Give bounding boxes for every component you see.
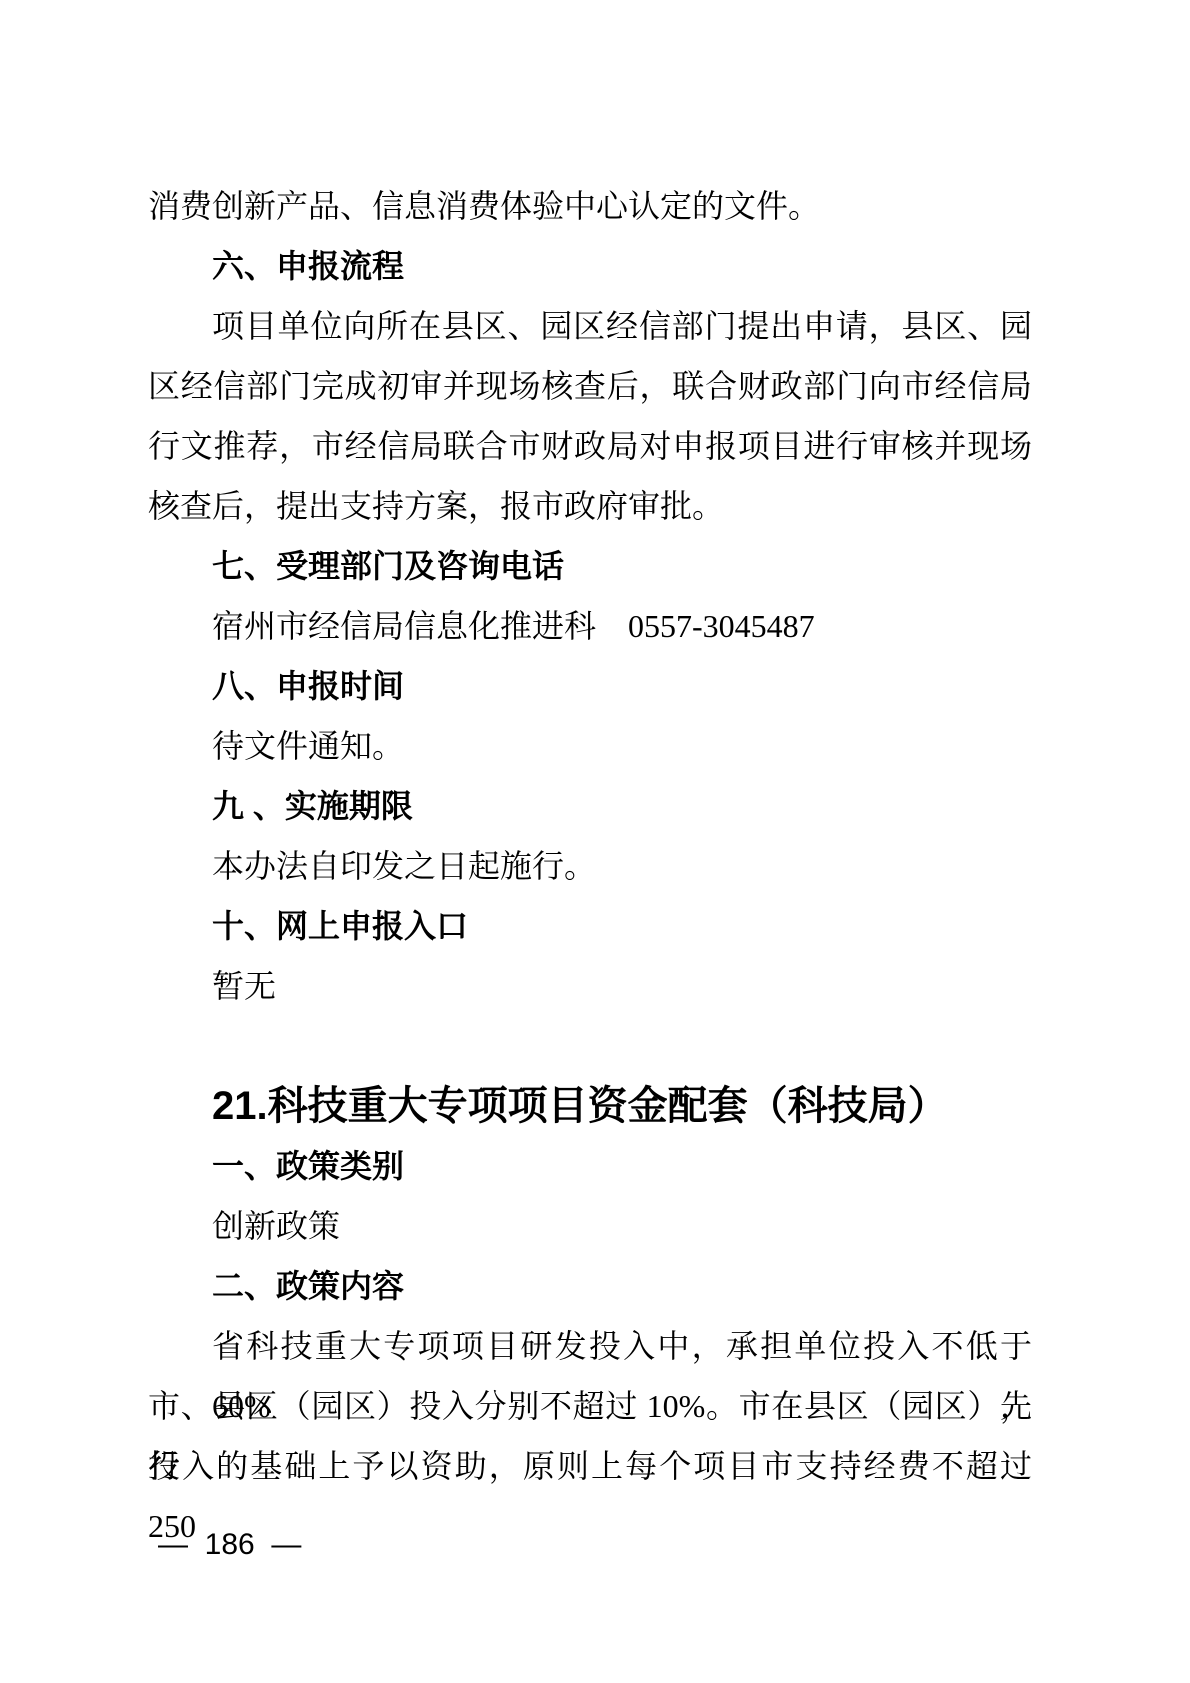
chapter-title: 21.科技重大专项项目资金配套（科技局） (148, 1076, 1032, 1136)
section-heading: 六、申报流程 (148, 236, 1032, 296)
document-page: 消费创新产品、信息消费体验中心认定的文件。 六、申报流程 项目单位向所在县区、园… (0, 0, 1190, 1683)
blank-line (148, 1016, 1032, 1076)
paragraph-line: 暂无 (148, 956, 1032, 1016)
paragraph-line: 本办法自印发之日起施行。 (148, 836, 1032, 896)
paragraph-line: 消费创新产品、信息消费体验中心认定的文件。 (148, 176, 1032, 236)
section-heading: 十、网上申报入口 (148, 896, 1032, 956)
paragraph-line: 行文推荐，市经信局联合市财政局对申报项目进行审核并现场 (148, 416, 1032, 476)
section-heading: 九 、实施期限 (148, 776, 1032, 836)
paragraph-line: 市、县区（园区）投入分别不超过 10%。市在县区（园区）先行 (148, 1376, 1032, 1436)
footer-page-number: — 186 — (158, 1528, 301, 1562)
paragraph-line: 区经信部门完成初审并现场核查后，联合财政部门向市经信局 (148, 356, 1032, 416)
section-heading: 八、申报时间 (148, 656, 1032, 716)
paragraph-line: 项目单位向所在县区、园区经信部门提出申请，县区、园 (148, 296, 1032, 356)
paragraph-line: 核查后，提出支持方案，报市政府审批。 (148, 476, 1032, 536)
section-heading: 七、受理部门及咨询电话 (148, 536, 1032, 596)
paragraph-line: 省科技重大专项项目研发投入中，承担单位投入不低于 60%， (148, 1316, 1032, 1376)
paragraph-line: 投入的基础上予以资助，原则上每个项目市支持经费不超过 250 (148, 1436, 1032, 1496)
document-body: 消费创新产品、信息消费体验中心认定的文件。 六、申报流程 项目单位向所在县区、园… (148, 176, 1032, 1496)
section-heading: 一、政策类别 (148, 1136, 1032, 1196)
section-heading: 二、政策内容 (148, 1256, 1032, 1316)
paragraph-line: 待文件通知。 (148, 716, 1032, 776)
contact-line: 宿州市经信局信息化推进科 0557-3045487 (148, 596, 1032, 656)
paragraph-line: 创新政策 (148, 1196, 1032, 1256)
